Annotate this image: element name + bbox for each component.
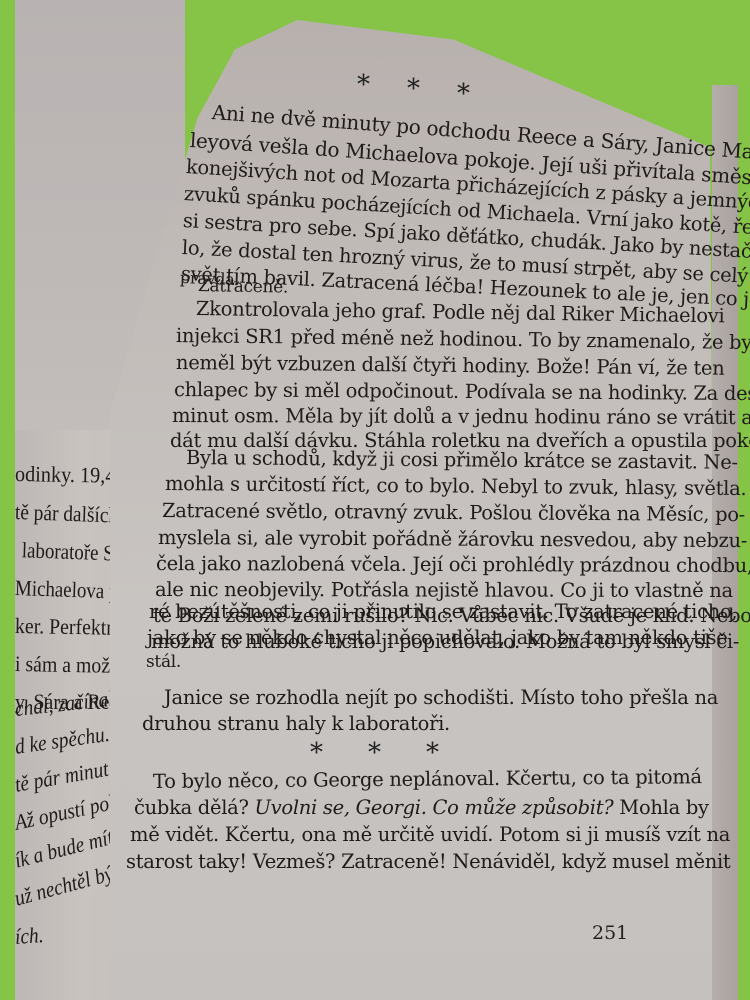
text-line: stál. xyxy=(146,652,181,672)
text-line: starost taky! Vezmeš? Zatraceně! Nenávid… xyxy=(126,850,730,873)
text-segment: Mohla by xyxy=(613,796,708,819)
text-line: myslela si, ale vyrobit pořádně žárovku … xyxy=(158,526,747,552)
text-line: čubka dělá? Uvolni se, Georgi. Co může z… xyxy=(134,796,709,819)
text-line: Zatraceně. xyxy=(198,276,288,298)
text-line: Zatracené světlo, otravný zvuk. Pošlou č… xyxy=(162,499,745,526)
text-line: ale nic neobjevily. Potřásla nejistě hla… xyxy=(155,578,733,602)
text-line: Byla u schodů, když ji cosi přimělo krát… xyxy=(186,446,738,474)
text-line: ré bezútěšnosti, co ji přinutilo se zast… xyxy=(149,600,737,623)
italic-thought: Uvolni se, Georgi. Co může způsobit? xyxy=(255,796,614,819)
text-line: mě vidět. Kčertu, ona mě určitě uvidí. P… xyxy=(130,823,730,846)
text-line: Janice se rozhodla nejít po schodišti. M… xyxy=(164,686,718,709)
text-line: chlapec by si měl odpočinout. Podívala s… xyxy=(174,378,750,405)
text-line: čela jako nazlobená včela. Její oči proh… xyxy=(156,552,750,577)
page-number: 251 xyxy=(592,922,628,944)
text-line: druhou stranu haly k laboratoři. xyxy=(142,712,450,735)
text-line: minut osm. Měla by jít dolů a v jednu ho… xyxy=(172,404,750,429)
text-segment: čubka dělá? xyxy=(134,796,255,819)
text-line: jako by se někdo chystal něco udělat, ja… xyxy=(147,626,727,649)
text-line: To bylo něco, co George neplánoval. Kčer… xyxy=(153,765,702,793)
